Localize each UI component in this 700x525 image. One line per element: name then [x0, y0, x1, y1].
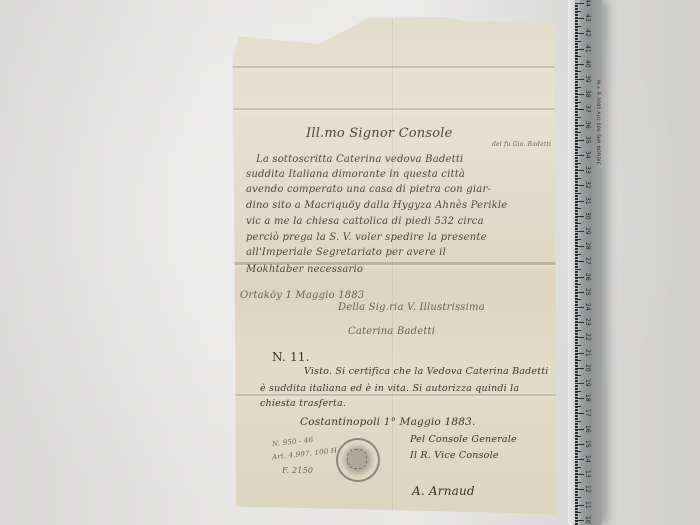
ruler-label: 39: [584, 75, 591, 83]
paper-fold-vertical: [392, 14, 393, 514]
ruler-label: 14: [584, 455, 591, 463]
ruler-label: 35: [584, 136, 591, 144]
ruler-label: 31: [584, 197, 591, 205]
ruler-label: 27: [584, 257, 591, 265]
ruler-label: 17: [584, 409, 591, 417]
petition-line: perciò prega la S. V. voler spedire la p…: [246, 232, 487, 243]
ruler-label: 33: [584, 166, 591, 174]
petition-line: dino sito a Macriquöy dalla Hygyza Ahnès…: [246, 200, 507, 211]
ruler-label: 40: [584, 60, 591, 68]
certification-line: è suddita italiana ed è in vita. Si auto…: [260, 383, 519, 394]
ruler-label: 24: [584, 303, 591, 311]
closing-formula: Della Sig.ria V. Illustrissima: [338, 302, 485, 313]
consular-seal-stamp: [336, 438, 380, 482]
ruler-label: 36: [584, 121, 591, 129]
consul-title: Pel Console Generale: [410, 434, 517, 445]
ruler-label: 22: [584, 333, 591, 341]
petition-line: suddita Italiana dimorante in questa cit…: [246, 169, 465, 180]
ruler-label: 38: [584, 90, 591, 98]
registry-note: F. 2150: [282, 466, 313, 475]
ruler-label: 25: [584, 288, 591, 296]
ruler-label: 28: [584, 242, 591, 250]
ruler-label: 12: [584, 485, 591, 493]
ruler-label: 26: [584, 273, 591, 281]
ruler-brand-text: M + R 3085 ALU 50V 5kN NORDIC: [595, 80, 600, 165]
ruler-label: 13: [584, 470, 591, 478]
petition-line: all'Imperiale Segretariato per avere il: [246, 247, 446, 258]
document-paper: Ill.mo Signor Console del fu Gio. Badett…: [226, 14, 558, 514]
petition-line: Mokhtaber necessario: [246, 264, 363, 275]
ruler-label: 37: [584, 105, 591, 113]
registry-note: N. 950 - 46: [272, 436, 314, 448]
petitioner-signature: Caterina Badetti: [348, 326, 435, 337]
ruler-label: 21: [584, 349, 591, 357]
ruler-label: 29: [584, 227, 591, 235]
ruler-label: 11: [584, 501, 591, 509]
registry-note: Art. 4.997, 100 H: [272, 447, 338, 462]
ruler-label: 15: [584, 440, 591, 448]
ruler-label: 44: [584, 0, 591, 7]
petition-line: La sottoscritta Caterina vedova Badetti: [256, 154, 463, 165]
ruler-label: 10: [584, 516, 591, 524]
ruler-label: 41: [584, 45, 591, 53]
ruler-label: 16: [584, 425, 591, 433]
measuring-ruler: M + R 3085 ALU 50V 5kN NORDIC 4443424140…: [575, 0, 602, 525]
ruler-label: 32: [584, 181, 591, 189]
ruler-label: 19: [584, 379, 591, 387]
ruler-label: 30: [584, 212, 591, 220]
certification-line: Visto. Si certifica che la Vedova Cateri…: [304, 366, 549, 377]
ruler-label: 42: [584, 29, 591, 37]
document-number: N. 11.: [272, 350, 310, 364]
consul-signature: A. Arnaud: [412, 484, 475, 498]
certification-line: chiesta trasferta.: [260, 398, 346, 409]
ruler-label: 43: [584, 14, 591, 22]
petition-line: vic a me la chiesa cattolica di piedi 53…: [246, 216, 484, 227]
letter-salutation: Ill.mo Signor Console: [306, 126, 453, 141]
consulate-place-date: Costantinopoli 1° Maggio 1883.: [300, 416, 476, 428]
petition-line: avendo comperato una casa di pietra con …: [246, 184, 491, 195]
place-date: Ortaköy 1 Maggio 1883: [240, 290, 364, 301]
marginal-note: del fu Gio. Badetti: [492, 141, 551, 148]
vice-consul-title: Il R. Vice Console: [410, 450, 499, 461]
ruler-label: 18: [584, 394, 591, 402]
ruler-label: 34: [584, 151, 591, 159]
ruler-label: 20: [584, 364, 591, 372]
ruler-label: 23: [584, 318, 591, 326]
seal-crest-icon: [347, 449, 367, 469]
